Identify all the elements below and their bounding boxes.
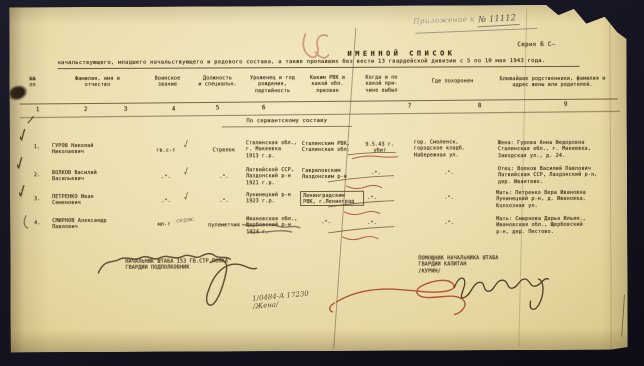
paper-vignette [9, 5, 627, 353]
document-paper: Приложение к № 11112 Серия Б С— ИМЕННОЙ … [9, 5, 627, 353]
